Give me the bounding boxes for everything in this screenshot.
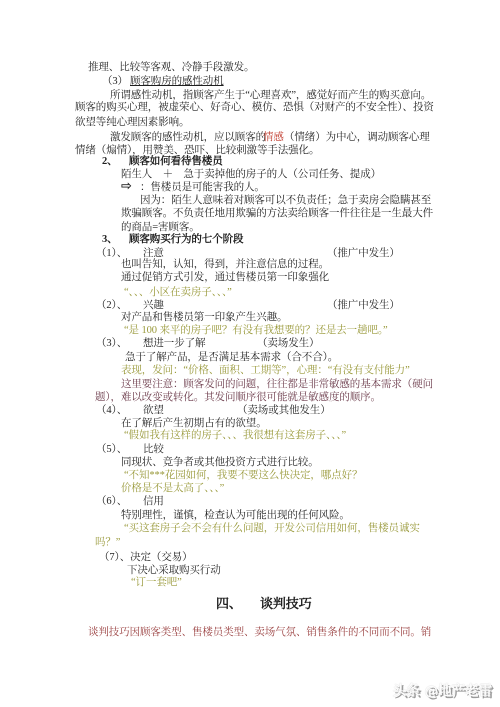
text-run: “、、、小区在卖房子、、、” [124, 287, 232, 299]
text-run: （7）、决定（交易） [99, 552, 193, 564]
arrow-icon: ⇨ [121, 181, 132, 192]
text-run: 下决心采取购买行动 [127, 565, 221, 577]
text-run: 特别理性，谨慎，检查认为可能出现的任何风险。 [121, 510, 350, 522]
text-run: 所谓感性动机，指顾客产生于“心理喜欢”，感觉好而产生的购买意向。 [110, 90, 431, 102]
text-run: （4）、 [96, 405, 127, 417]
text-run: 2、 [102, 156, 118, 168]
text-run: 谈判技巧因顾客类型、售楼员类型、卖场气氛、销售条件的不同而不同。销 [88, 627, 431, 639]
text-run: “买这套房子会不会有什么问题，开发公司信用如何，售楼员诚实 [124, 523, 420, 535]
text-run: 因为：陌生人意味着对顾客可以不负责任；急于卖房会隐瞒甚至 [140, 195, 431, 207]
text-run: 急于了解产品，是否满足基本需求（合不合）。 [125, 352, 338, 364]
text-run: （3）、 [96, 338, 127, 350]
watermark: 头条 @地产老雷 [393, 679, 492, 699]
text-run: 情感 [263, 132, 284, 144]
text-run: 在了解后产生初期占有的欲望。 [121, 418, 267, 430]
text-run: （卖场或其他发生） [237, 405, 331, 417]
text-run: 的商品=害顾客。 [121, 222, 200, 234]
text-run: 欺骗顾客。不负责任地用欺骗的方法卖给顾客一件往往是一生最大件 [121, 208, 433, 220]
text-run: 通过促销方式引发，通过售楼员第一印象强化 [121, 272, 329, 284]
text-run: （情绪）为中心，调动顾客心理 [284, 132, 430, 144]
text-run: 吗？” [95, 537, 120, 549]
text-run: 题），难以改变或转化。其发问顺序很可能就是敏感度的顺序。 [95, 392, 381, 404]
text-run: “不知***花园如何，我要不要这么快决定，哪点好？ [124, 470, 362, 482]
text-run: 3、 [102, 234, 118, 246]
text-run: （3） [102, 76, 128, 88]
text-run: 表现，发问：“价格、面积、工期等”，心理：“有没有支付能力” [121, 365, 410, 377]
text-run: 兴趣 [143, 300, 164, 312]
text-run: 想进一步了解 [143, 338, 205, 350]
document-page: 头条 @地产老雷 推理、比较等客观、冷静手段激发。（3）顾客购房的感性动机所谓感… [0, 0, 500, 707]
text-run: （推广中发生） [327, 300, 400, 312]
text-run: （推广中发生） [327, 248, 400, 260]
text-run: （6）、 [96, 496, 127, 508]
text-run: 价格是不是太高了、、、” [121, 483, 224, 495]
text-run: 顾客如何看待售楼员 [129, 156, 223, 168]
text-run: 对产品和售楼员第一印象产生兴趣。 [121, 312, 287, 324]
text-run: 四、 [216, 598, 242, 610]
text-run: （卖场发生） [257, 338, 319, 350]
text-run: 顾客购房的感性动机 [130, 76, 224, 88]
text-run: 顾客的购买心理，被虚荣心、好奇心、模仿、恐惧（对财产的不安全性）、投资 [75, 102, 434, 114]
text-run: 信用 [143, 496, 164, 508]
text-run: 欲望等纯心理因素影响。 [75, 117, 189, 129]
text-run: 比较 [143, 444, 164, 456]
text-run: ：售楼员是可能害我的人。 [140, 182, 265, 194]
text-run: （2）、 [96, 300, 127, 312]
text-run: 顾客购买行为的七个阶段 [129, 234, 243, 246]
text-run: 这里要注意：顾客发问的问题，往往都是非常敏感的基本需求（硬问 [121, 379, 433, 391]
text-run: 推理、比较等客观、冷静手段激发。 [88, 62, 254, 74]
text-run: 欲望 [143, 405, 164, 417]
text-run: “订一套吧” [131, 577, 182, 589]
text-run: 同现状、竞争者或其他投资方式进行比较。 [121, 457, 319, 469]
text-run: 也叫告知，认知，得到，并注意信息的过程。 [121, 259, 329, 271]
text-run: 激发顾客的感性动机，应以顾客的 [110, 132, 266, 144]
text-run: “假如我有这样的房子、、、我很想有这套房子、、、” [124, 430, 346, 442]
text-run: 谈判技巧 [260, 598, 312, 610]
text-run: “是 100 来平的房子吧？有没有我想要的？还是去一趟吧。” [124, 325, 388, 337]
text-run: （5）、 [96, 444, 127, 456]
text-run: 陌生人 ＋ 急于卖掉他的房子的人（公司任务、提成） [121, 169, 381, 181]
